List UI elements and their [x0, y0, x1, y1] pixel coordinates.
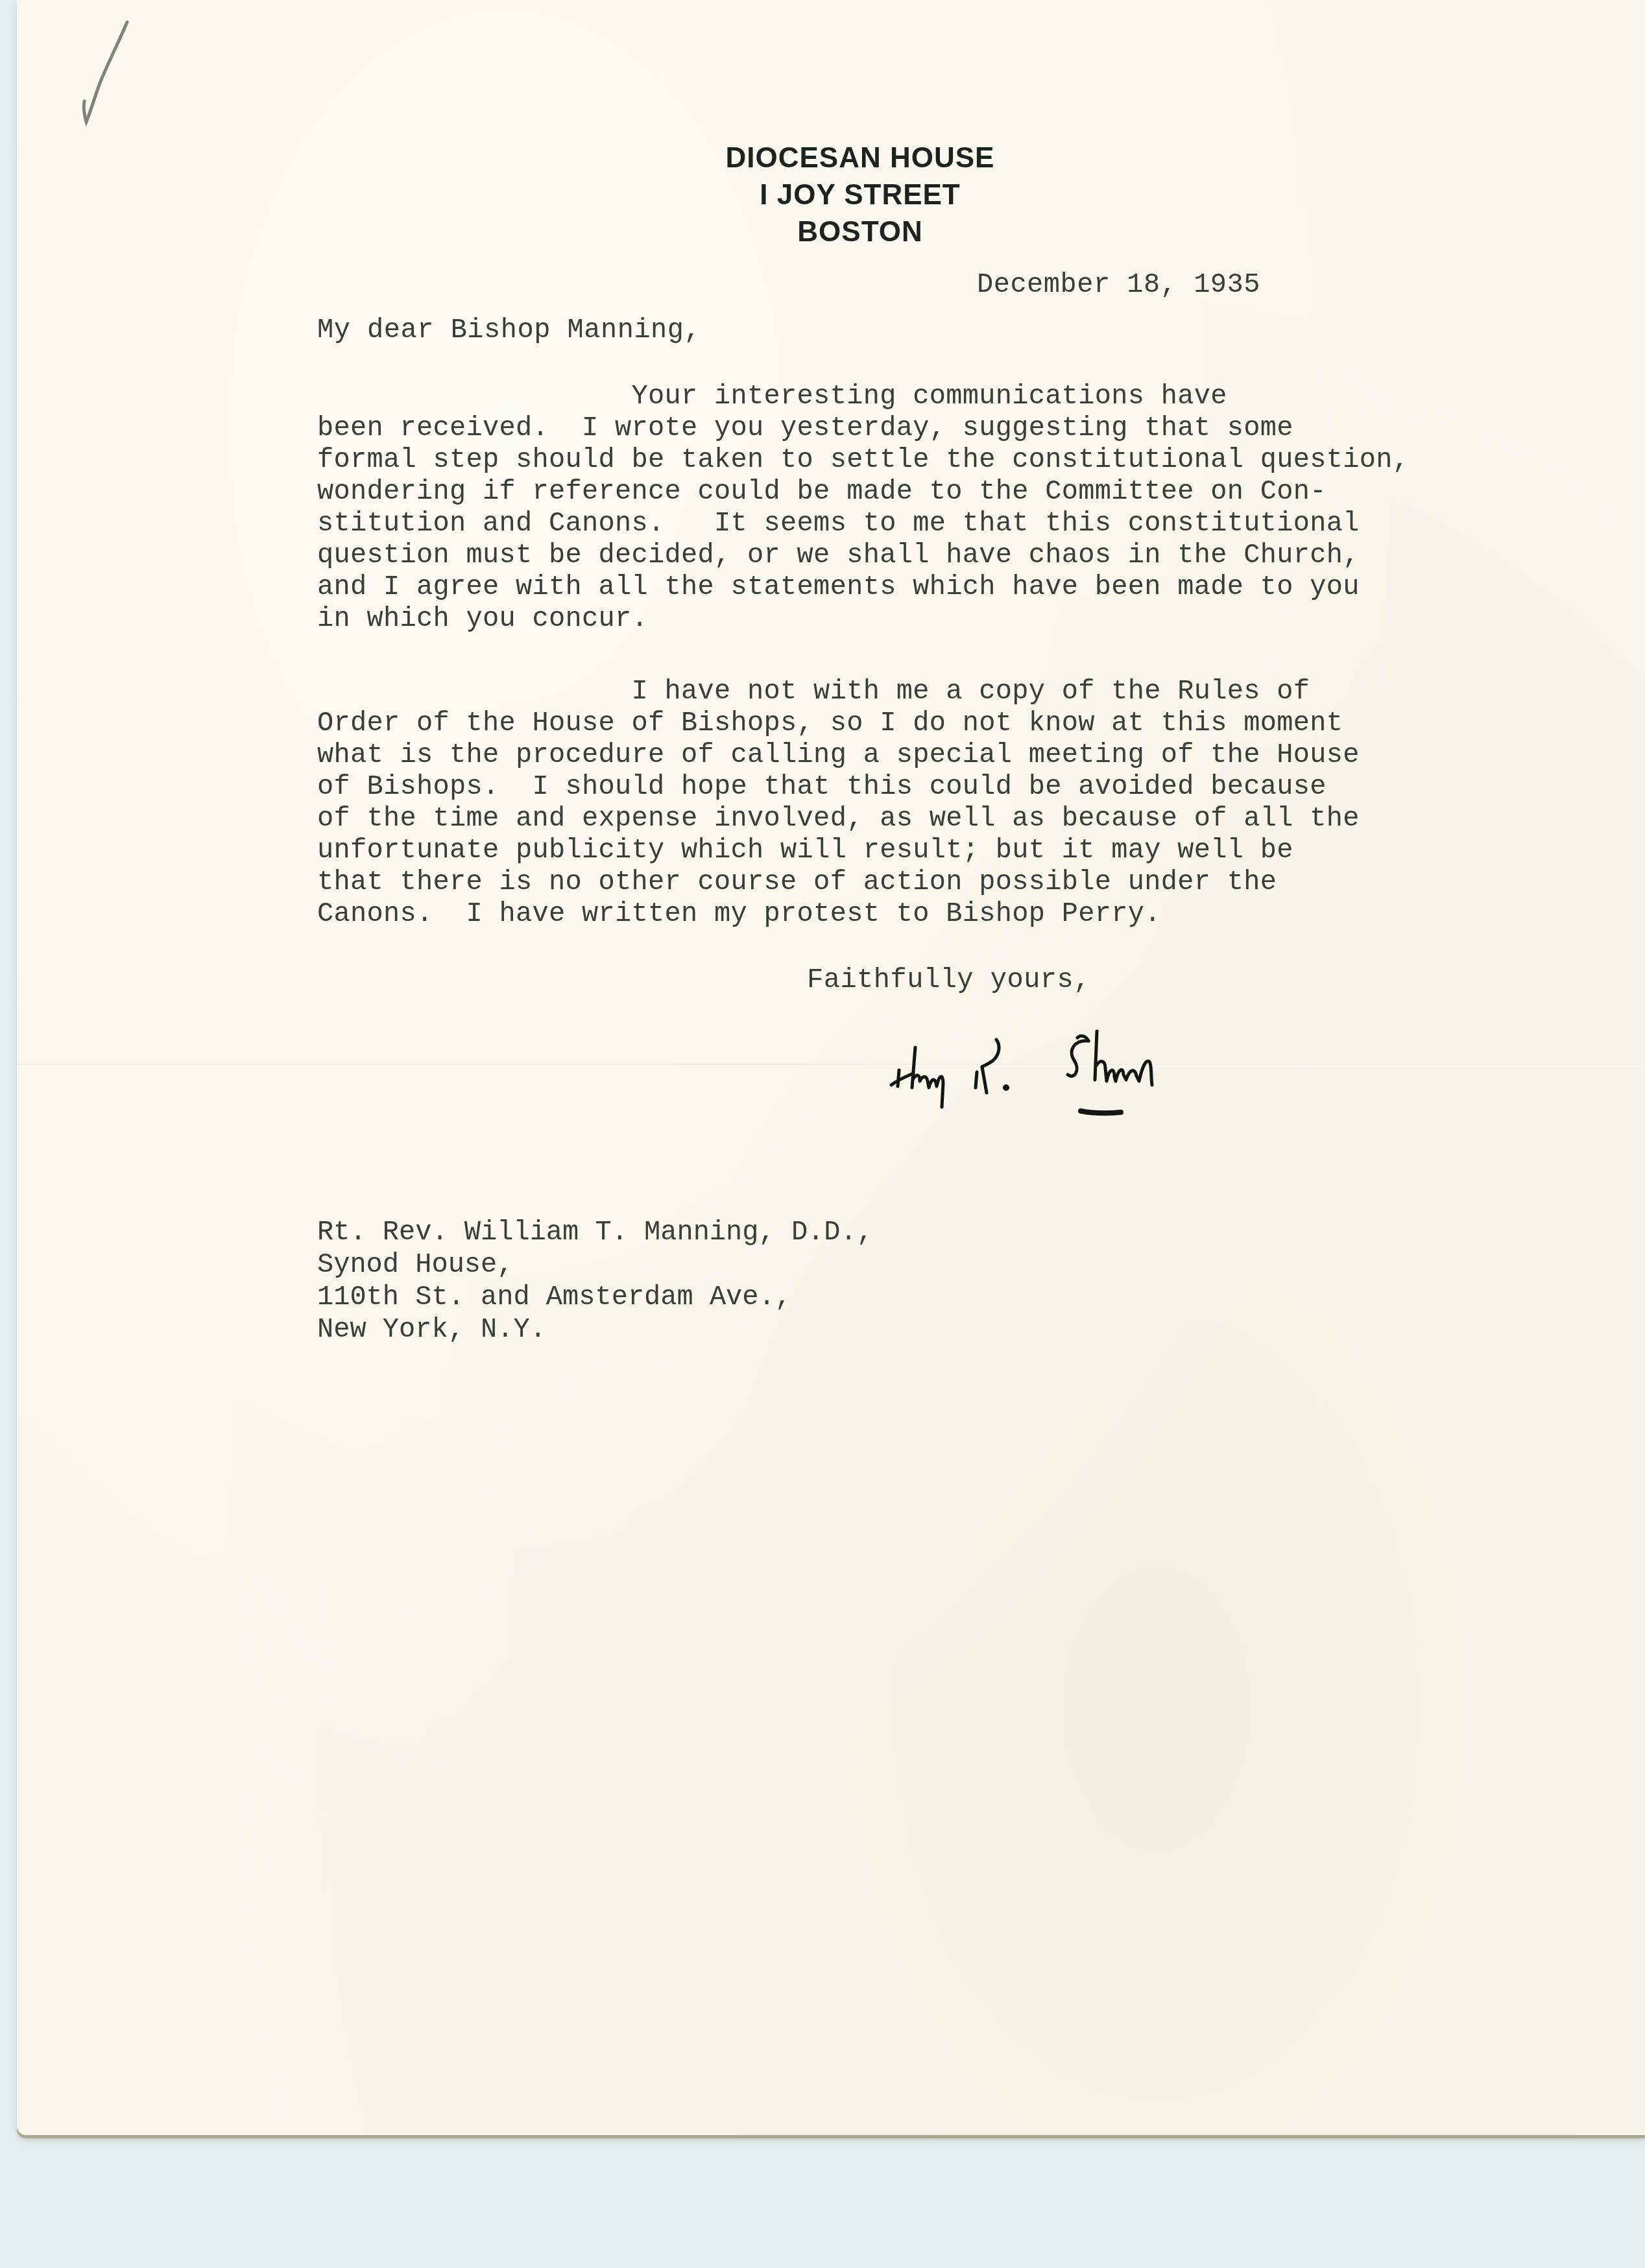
body-paragraph-1: Your interesting communications have bee…	[317, 381, 1409, 635]
text-line: Your interesting communications have	[317, 381, 1409, 412]
text-line: unfortunate publicity which will result;…	[317, 835, 1360, 866]
paper-fold-crease	[17, 1064, 1645, 1066]
letter-date: December 18, 1935	[977, 269, 1260, 300]
text-line: what is the procedure of calling a speci…	[317, 739, 1360, 771]
text-line: of Bishops. I should hope that this coul…	[317, 771, 1360, 803]
letterhead: DIOCESAN HOUSE I JOY STREET BOSTON	[666, 139, 1055, 250]
text-line: formal step should be taken to settle th…	[317, 444, 1409, 476]
handwritten-signature-icon: Henry K. Sherrill	[880, 1028, 1217, 1125]
pencil-checkmark-icon	[75, 18, 140, 128]
text-line: in which you concur.	[317, 603, 1409, 635]
text-line: Canons. I have written my protest to Bis…	[317, 898, 1360, 930]
text-line: wondering if reference could be made to …	[317, 476, 1409, 508]
address-line: New York, N.Y.	[317, 1313, 873, 1346]
letter-page: DIOCESAN HOUSE I JOY STREET BOSTON Decem…	[17, 0, 1645, 2135]
text-line: and I agree with all the statements whic…	[317, 571, 1409, 603]
salutation: My dear Bishop Manning,	[317, 315, 701, 346]
text-line: question must be decided, or we shall ha…	[317, 540, 1409, 571]
text-line: that there is no other course of action …	[317, 866, 1360, 898]
text-line: been received. I wrote you yesterday, su…	[317, 412, 1409, 444]
letterhead-street: I JOY STREET	[666, 176, 1055, 213]
text-line: Order of the House of Bishops, so I do n…	[317, 708, 1360, 739]
address-line: Synod House,	[317, 1248, 873, 1281]
letterhead-name: DIOCESAN HOUSE	[666, 139, 1055, 176]
address-line: 110th St. and Amsterdam Ave.,	[317, 1281, 873, 1313]
letterhead-city: BOSTON	[666, 213, 1055, 250]
text-line: stitution and Canons. It seems to me tha…	[317, 508, 1409, 540]
text-line: of the time and expense involved, as wel…	[317, 803, 1360, 835]
closing: Faithfully yours,	[807, 964, 1090, 996]
body-paragraph-2: I have not with me a copy of the Rules o…	[317, 676, 1360, 930]
address-line: Rt. Rev. William T. Manning, D.D.,	[317, 1216, 873, 1248]
text-line: I have not with me a copy of the Rules o…	[317, 676, 1360, 708]
recipient-address: Rt. Rev. William T. Manning, D.D., Synod…	[317, 1216, 873, 1346]
